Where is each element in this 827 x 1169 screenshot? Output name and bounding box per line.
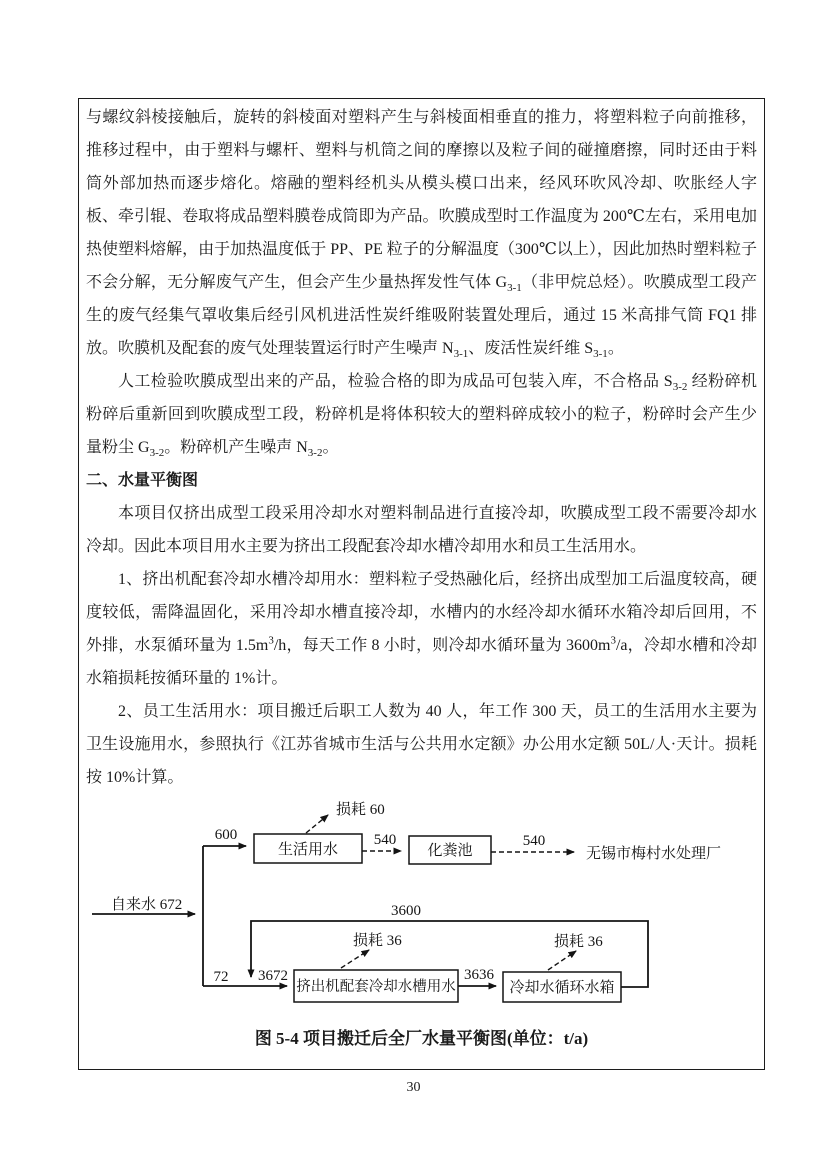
water-balance-svg: 自来水 672 600 生活用水 损耗 60 540 bbox=[79, 794, 766, 1026]
flow-3672-label: 3672 bbox=[258, 968, 288, 984]
flow-540-a-label: 540 bbox=[374, 832, 397, 848]
paragraph: 人工检验吹膜成型出来的产品，检验合格的即为成品可包装入库，不合格品 S3-2 经… bbox=[86, 365, 757, 464]
paragraph: 1、挤出机配套冷却水槽冷却用水：塑料粒子受热融化后，经挤出成型加工后温度较高，硬… bbox=[86, 563, 757, 695]
content-cell: 与螺纹斜棱接触后，旋转的斜棱面对塑料产生与斜棱面相垂直的推力，将塑料粒子向前推移… bbox=[78, 98, 765, 1070]
flow-540-b-label: 540 bbox=[523, 833, 546, 849]
loss-60-arrow bbox=[306, 815, 328, 833]
water-balance-diagram: 自来水 672 600 生活用水 损耗 60 540 bbox=[79, 794, 764, 1026]
loss-60-label: 损耗 60 bbox=[336, 800, 385, 818]
document-paragraphs: 与螺纹斜棱接触后，旋转的斜棱面对塑料产生与斜棱面相垂直的推力，将塑料粒子向前推移… bbox=[86, 101, 757, 794]
node-cooling-tank-label: 冷却水循环水箱 bbox=[509, 979, 614, 996]
paragraph: 2、员工生活用水：项目搬迁后职工人数为 40 人，年工作 300 天，员工的生活… bbox=[86, 695, 757, 794]
loss-36-a-arrow bbox=[341, 950, 369, 968]
flow-72-label: 72 bbox=[214, 969, 229, 985]
document-page: 与螺纹斜棱接触后，旋转的斜棱面对塑料产生与斜棱面相垂直的推力，将塑料粒子向前推移… bbox=[0, 0, 827, 1169]
loss-36-a-label: 损耗 36 bbox=[353, 931, 402, 949]
loss-36-b-label: 损耗 36 bbox=[554, 932, 603, 950]
node-domestic-water-label: 生活用水 bbox=[278, 841, 338, 858]
loss-36-b-arrow bbox=[548, 951, 576, 970]
paragraph: 本项目仅挤出成型工段采用冷却水对塑料制品进行直接冷却，吹膜成型工段不需要冷却水冷… bbox=[86, 497, 757, 563]
page-number: 30 bbox=[0, 1080, 827, 1096]
node-septic-tank-label: 化粪池 bbox=[427, 841, 472, 859]
node-cooling-trough-label: 挤出机配套冷却水槽用水 bbox=[296, 978, 456, 995]
figure-caption: 图 5-4 项目搬迁后全厂水量平衡图(单位：t/a) bbox=[86, 1028, 757, 1050]
flow-3636-label: 3636 bbox=[464, 967, 495, 983]
flow-600-label: 600 bbox=[215, 827, 238, 843]
node-wwtp-label: 无锡市梅村水处理厂 bbox=[586, 844, 721, 862]
section-heading: 二、水量平衡图 bbox=[86, 464, 757, 497]
paragraph: 与螺纹斜棱接触后，旋转的斜棱面对塑料产生与斜棱面相垂直的推力，将塑料粒子向前推移… bbox=[86, 101, 757, 365]
source-label: 自来水 672 bbox=[111, 896, 182, 913]
flow-3600-label: 3600 bbox=[391, 903, 421, 919]
